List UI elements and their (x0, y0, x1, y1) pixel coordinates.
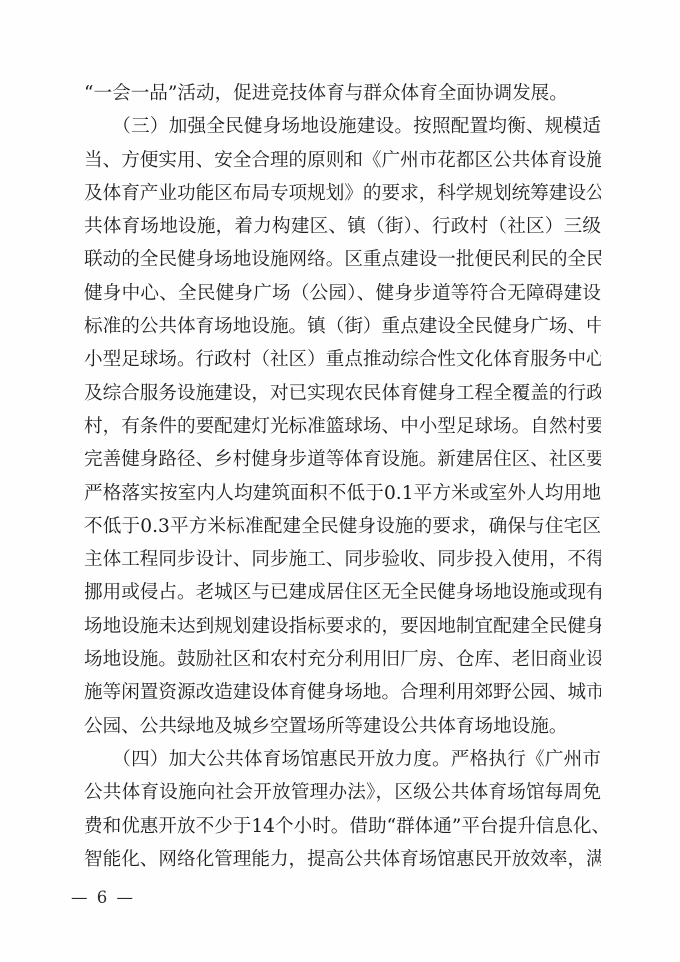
text-line: 健身中心、全民健身广场（公园）、健身步道等符合无障碍建设 (84, 277, 601, 310)
text-line: 联动的全民健身场地设施网络。区重点建设一批便民利民的全民 (84, 243, 601, 276)
text-line: 场地设施。鼓励社区和农村充分利用旧厂房、仓库、老旧商业设 (84, 643, 601, 676)
text-line: 及体育产业功能区布局专项规划》的要求，科学规划统筹建设公 (84, 177, 601, 210)
document-body: “一会一品”活动，促进竞技体育与群众体育全面协调发展。 （三）加强全民健身场地设… (84, 77, 601, 876)
text-line: 智能化、网络化管理能力，提高公共体育场馆惠民开放效率，满 (84, 843, 601, 876)
text-line: 挪用或侵占。老城区与已建成居住区无全民健身场地设施或现有 (84, 576, 601, 609)
text-line: 费和优惠开放不少于14个小时。借助“群体通”平台提升信息化、 (84, 810, 601, 843)
text-line: 公共体育设施向社会开放管理办法》，区级公共体育场馆每周免 (84, 776, 601, 809)
text-line: 施等闲置资源改造建设体育健身场地。合理利用郊野公园、城市 (84, 676, 601, 709)
text-line: 主体工程同步设计、同步施工、同步验收、同步投入使用，不得 (84, 543, 601, 576)
page-number: — 6 — (71, 888, 135, 908)
text-line: 标准的公共体育场地设施。镇（街）重点建设全民健身广场、中 (84, 310, 601, 343)
text-line: 完善健身路径、乡村健身步道等体育设施。新建居住区、社区要 (84, 443, 601, 476)
text-line: 共体育场地设施，着力构建区、镇（街）、行政村（社区）三级 (84, 210, 601, 243)
text-line: 公园、公共绿地及城乡空置场所等建设公共体育场地设施。 (84, 710, 601, 743)
text-line: （三）加强全民健身场地设施建设。按照配置均衡、规模适 (84, 110, 601, 143)
document-page: “一会一品”活动，促进竞技体育与群众体育全面协调发展。 （三）加强全民健身场地设… (0, 0, 680, 962)
text-line: 及综合服务设施建设，对已实现农民体育健身工程全覆盖的行政 (84, 377, 601, 410)
text-line: “一会一品”活动，促进竞技体育与群众体育全面协调发展。 (84, 77, 601, 110)
text-line: （四）加大公共体育场馆惠民开放力度。严格执行《广州市 (84, 743, 601, 776)
text-line: 小型足球场。行政村（社区）重点推动综合性文化体育服务中心 (84, 343, 601, 376)
text-line: 村，有条件的要配建灯光标准篮球场、中小型足球场。自然村要 (84, 410, 601, 443)
text-line: 当、方便实用、安全合理的原则和《广州市花都区公共体育设施 (84, 144, 601, 177)
text-line: 场地设施未达到规划建设指标要求的，要因地制宜配建全民健身 (84, 610, 601, 643)
text-line: 严格落实按室内人均建筑面积不低于0.1平方米或室外人均用地 (84, 477, 601, 510)
text-line: 不低于0.3平方米标准配建全民健身设施的要求，确保与住宅区 (84, 510, 601, 543)
